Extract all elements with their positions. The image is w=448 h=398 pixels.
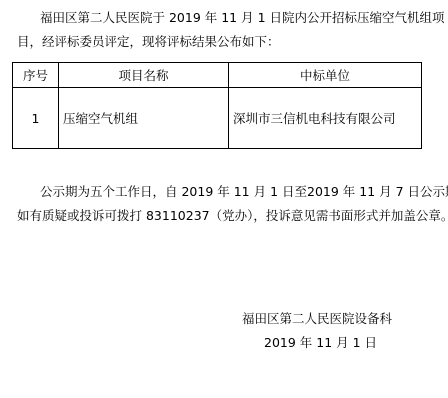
notice-line-2: 如有质疑或投诉可拨打 83110237（党办），投诉意见需书面形式并加盖公章。 [17, 206, 448, 224]
cell-project-name: 压缩空气机组 [59, 88, 229, 149]
intro-line-1: 福田区第二人民医院于 2019 年 11 月 1 日院内公开招标压缩空气机组项 [40, 8, 445, 26]
intro-line-2: 目，经评标委员评定，现将评标结果公布如下： [17, 32, 280, 50]
header-serial-number: 序号 [13, 63, 59, 88]
table-row: 1 压缩空气机组 深圳市三信机电科技有限公司 [13, 88, 422, 149]
signature-date: 2019 年 11 月 1 日 [264, 333, 377, 351]
bid-result-table: 序号 项目名称 中标单位 1 压缩空气机组 深圳市三信机电科技有限公司 [12, 62, 422, 149]
cell-serial-number: 1 [13, 88, 59, 149]
cell-winning-bidder: 深圳市三信机电科技有限公司 [229, 88, 422, 149]
table-header-row: 序号 项目名称 中标单位 [13, 63, 422, 88]
header-project-name: 项目名称 [59, 63, 229, 88]
signature-department: 福田区第二人民医院设备科 [242, 309, 392, 327]
notice-line-1: 公示期为五个工作日，自 2019 年 11 月 1 日至2019 年 11 月 … [40, 182, 448, 200]
header-winning-bidder: 中标单位 [229, 63, 422, 88]
